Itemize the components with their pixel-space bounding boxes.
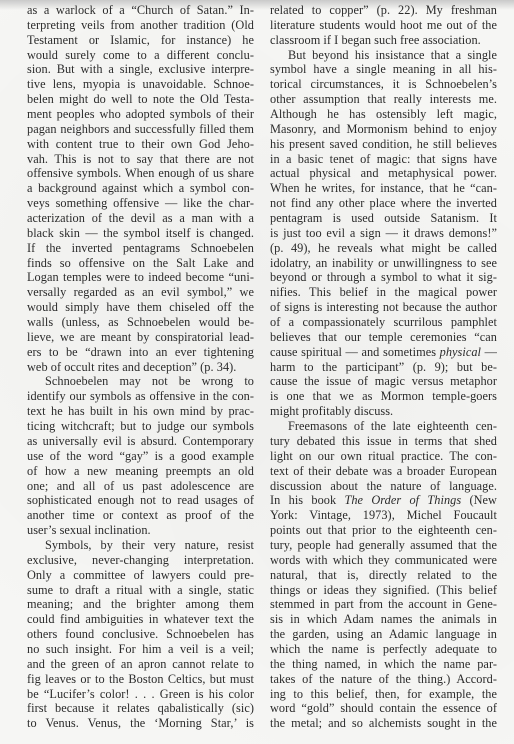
text-line: pagan neighbors and successfully filled …	[27, 122, 254, 137]
text-line: stemmed in part from the account in Gene…	[270, 597, 497, 612]
text-line: sis in which Adam names the animals in	[270, 612, 497, 627]
text-line: light on our own ritual practice. The co…	[270, 449, 497, 464]
text-line: nifies. This belief in the magical power	[270, 285, 497, 300]
text-line: harm to the participant” (p. 9); but be-	[270, 360, 497, 375]
text-line: first because it relates qabalistically …	[27, 701, 254, 716]
text-line: with content true to their own God Jeho-	[27, 137, 254, 152]
text-line: offensive symbols. When enough of us sha…	[27, 166, 254, 181]
text-line: others found conclusive. Schnoebelen has	[27, 627, 254, 642]
text-line: the metal; and so alchemists sought in t…	[270, 716, 497, 731]
text-line: as a warlock of a “Church of Satan.” In-	[27, 3, 254, 18]
text-line: natural, that is, directly related to th…	[270, 568, 497, 583]
text-line: exclusive, never-changing interpretation…	[27, 553, 254, 568]
text-line: the thing named, in which the name par-	[270, 657, 497, 672]
paragraph-start-line: Freemasons of the late eighteenth cen-	[270, 419, 497, 434]
text-line: use of the word “gay” is a good example	[27, 449, 254, 464]
text-line: Although he has ostensibly left magic,	[270, 107, 497, 122]
text-segment: cause spiritual — and sometimes	[270, 345, 440, 359]
text-line: discussion about the nature of language.	[270, 479, 497, 494]
text-line: acterization of the devil as a man with …	[27, 211, 254, 226]
text-line: pentagram is used outside Satanism. It	[270, 211, 497, 226]
text-line: be “Lucifer’s color! . . . Green is his …	[27, 687, 254, 702]
text-line: ing to this belief, then, for example, t…	[270, 687, 497, 702]
text-line: tury, people had generally assumed that …	[270, 538, 497, 553]
text-line: would surely come to a different conclu-	[27, 48, 254, 63]
text-line: cause the issue of magic versus metaphor	[270, 374, 497, 389]
text-line: is just too evil a sign — it draws demon…	[270, 226, 497, 241]
text-line: If the inverted pentagrams Schnoebelen	[27, 241, 254, 256]
text-line: walls (unless, as Schnoebelen would be-	[27, 315, 254, 330]
text-line: belen might do well to note the Old Test…	[27, 92, 254, 107]
text-line: might profitably discuss.	[270, 404, 497, 419]
text-line: sume to draft a ritual with a single, st…	[27, 583, 254, 598]
text-line: and the green of an apron cannot relate …	[27, 657, 254, 672]
text-line: one; and all of us past adolescence are	[27, 479, 254, 494]
text-line: Only a committee of lawyers could pre-	[27, 568, 254, 583]
text-line: Testament or Islamic, for instance) he	[27, 33, 254, 48]
text-line: word “gold” should contain the essence o…	[270, 701, 497, 716]
text-line: words with which they communicated were	[270, 553, 497, 568]
text-line: torical circumstances, it is Schnoebelen…	[270, 77, 497, 92]
text-line: which the name is perfectly adequate to	[270, 642, 497, 657]
text-line: identify our symbols as offensive in the…	[27, 389, 254, 404]
text-line: finds so offensive on the Salt Lake and	[27, 256, 254, 271]
text-segment: —	[481, 345, 497, 359]
text-line: of how a new meaning preempts an old	[27, 464, 254, 479]
text-line: Masonry, and Mormonism behind to enjoy	[270, 122, 497, 137]
text-line: of signs is interesting not because the …	[270, 300, 497, 315]
text-line: meaning; and the brighter among them	[27, 597, 254, 612]
text-line: When he writes, for instance, that he “c…	[270, 181, 497, 196]
text-segment: (New	[461, 493, 497, 507]
text-line: points out that prior to the eighteenth …	[270, 523, 497, 538]
text-line: text of their debate was a broader Europ…	[270, 464, 497, 479]
text-line: ment peoples who adopted symbols of thei…	[27, 107, 254, 122]
text-line-with-italic: cause spiritual — and sometimes physical…	[270, 345, 497, 360]
text-line: things or ideas they signified. (This be…	[270, 583, 497, 598]
text-line: takes of the nature of the thing.) Accor…	[270, 672, 497, 687]
text-line: sion. But with a single, exclusive inter…	[27, 62, 254, 77]
text-line: the garden, using an Adamic language in	[270, 627, 497, 642]
text-line: tury debated this issue in terms that sh…	[270, 434, 497, 449]
text-line: fig leaves or to the Boston Celtics, but…	[27, 672, 254, 687]
text-line: classroom if I began such free associati…	[270, 33, 497, 48]
text-line: of a compassionately scurrilous pamphlet	[270, 315, 497, 330]
paragraph-start-line: Symbols, by their very nature, resist	[27, 538, 254, 553]
text-line: a background against which a symbol con-	[27, 181, 254, 196]
text-line: text he has built in his own mind by pra…	[27, 404, 254, 419]
text-segment: In his book	[270, 493, 344, 507]
text-line: no such insight. For him a veil is a vei…	[27, 642, 254, 657]
text-line: beyond or through a symbol to what it si…	[270, 270, 497, 285]
text-line: York: Vintage, 1973), Michel Foucault	[270, 508, 497, 523]
text-line: ers to be “drawn into an ever tightening	[27, 345, 254, 360]
paragraph-start-line: Schnoebelen may not be wrong to	[27, 374, 254, 389]
text-line: lieve, we are meant by conspiratorial le…	[27, 330, 254, 345]
text-line: in a basic tenet of magic: that signs ha…	[270, 152, 497, 167]
text-line: (p. 49), he reveals what might be called	[270, 241, 497, 256]
text-line: is one that we as Mormon temple-goers	[270, 389, 497, 404]
text-line: veys something offensive — like the char…	[27, 196, 254, 211]
text-line: another time or context as proof of the	[27, 508, 254, 523]
text-line: terpreting veils from another tradition …	[27, 18, 254, 33]
text-line: believes that our temple ceremonies “can	[270, 330, 497, 345]
text-line: user’s sexual inclination.	[27, 523, 254, 538]
text-line: other assumption that really interests m…	[270, 92, 497, 107]
text-line: tive lens, myopia is unavoidable. Schnoe…	[27, 77, 254, 92]
italic-emphasis: physical	[440, 345, 481, 359]
text-line: web of occult rites and deception” (p. 3…	[27, 360, 254, 375]
text-line: symbol have a single meaning in all his-	[270, 62, 497, 77]
text-line: as universally evil is absurd. Contempor…	[27, 434, 254, 449]
text-line: would simply have them chiseled off the	[27, 300, 254, 315]
text-line: his present saved condition, he still be…	[270, 137, 497, 152]
text-line: not find any other place where the inver…	[270, 196, 497, 211]
text-line: vah. This is not to say that there are n…	[27, 152, 254, 167]
text-line-with-book-title: In his book The Order of Things (New	[270, 493, 497, 508]
left-text-column: as a warlock of a “Church of Satan.” In-…	[27, 3, 254, 731]
text-line: to Venus. Venus, the ‘Morning Star,’ is	[27, 716, 254, 731]
paragraph-start-line: But beyond his insistance that a single	[270, 48, 497, 63]
text-line: literature students would hoot me out of…	[270, 18, 497, 33]
text-line: actual physical and metaphysical power.	[270, 166, 497, 181]
scanned-page: as a warlock of a “Church of Satan.” In-…	[0, 0, 514, 744]
right-text-column: related to copper” (p. 22). My freshman …	[270, 3, 497, 731]
text-line: could find ambiguities in whatever text …	[27, 612, 254, 627]
text-line: related to copper” (p. 22). My freshman	[270, 3, 497, 18]
text-line: versally regarded as an evil symbol,” we	[27, 285, 254, 300]
book-title: The Order of Things	[344, 493, 461, 507]
text-line: idolatry, an inability or unwillingness …	[270, 256, 497, 271]
text-line: ticing witchcraft; but to judge our symb…	[27, 419, 254, 434]
text-line: Logan temples were to indeed become “uni…	[27, 270, 254, 285]
text-line: sophisticated enough not to read usages …	[27, 493, 254, 508]
text-line: black skin — the symbol itself is change…	[27, 226, 254, 241]
